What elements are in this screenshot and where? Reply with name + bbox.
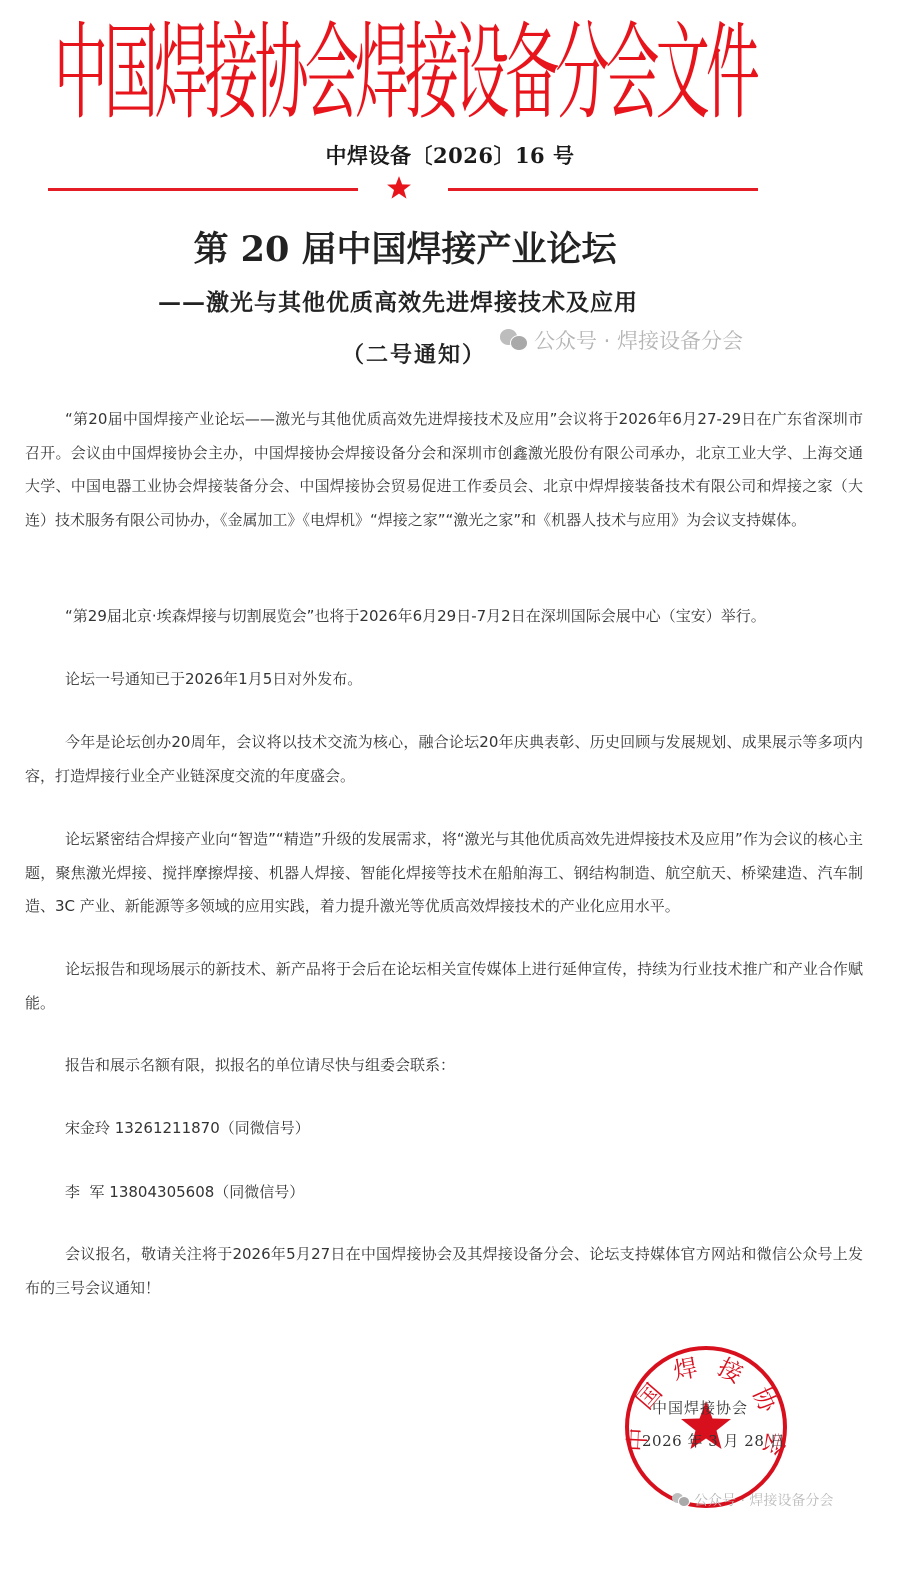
header-char: 协 [255, 21, 305, 126]
paragraph-registration: 会议报名，敬请关注将于2026年5月27日在中国焊接协会及其焊接设备分会、论坛支… [25, 1238, 863, 1305]
watermark-top: 公众号 · 焊接设备分会 [500, 325, 743, 355]
paragraph-intro: “第20届中国焊接产业论坛——激光与其他优质高效先进焊接技术及应用”会议将于20… [25, 403, 863, 537]
header-char: 国 [104, 21, 154, 126]
paragraph-text: “第29届北京·埃森焊接与切割展览会”也将于2026年6月29日-7月2日在深圳… [25, 600, 863, 634]
watermark-text: 公众号 · 焊接设备分会 [534, 325, 743, 355]
red-divider-right [448, 188, 758, 191]
contact-line-2: 李 军 13804305608（同微信号） [25, 1176, 863, 1210]
paragraph-text: 论坛一号通知已于2026年1月5日对外发布。 [25, 663, 863, 697]
page-subtitle: ——激光与其他优质高效先进焊接技术及应用 [158, 284, 638, 317]
document-number: 中焊设备〔2026〕16 号 [0, 140, 916, 170]
official-seal-icon: 中国焊接协会 [622, 1343, 790, 1511]
notice-label: （二号通知） [342, 338, 486, 369]
header-char: 会 [305, 21, 355, 126]
wechat-icon [672, 1493, 690, 1507]
signature-date: 2026 年 3 月 28 日 [642, 1430, 785, 1451]
wechat-icon [500, 329, 528, 351]
header-char: 中 [54, 21, 104, 126]
signature-org: 中国焊接协会 [652, 1397, 748, 1418]
paragraph-exhibition: “第29届北京·埃森焊接与切割展览会”也将于2026年6月29日-7月2日在深圳… [25, 600, 863, 634]
paragraph-text: 今年是论坛创办20周年，会议将以技术交流为核心，融合论坛20年庆典表彰、历史回顾… [25, 726, 863, 793]
contact-text: 宋金玲 13261211870（同微信号） [25, 1112, 863, 1146]
watermark-bottom: 公众号 · 焊接设备分会 [672, 1490, 833, 1510]
header-char: 设 [455, 21, 505, 126]
paragraph-text: “第20届中国焊接产业论坛——激光与其他优质高效先进焊接技术及应用”会议将于20… [25, 403, 863, 537]
document-header-title: 中 国 焊 接 协 会 焊 接 设 备 分 会 文 件 [54, 18, 756, 130]
contact-text: 李 军 13804305608（同微信号） [25, 1176, 863, 1210]
document-number-text: 中焊设备〔2026〕16 号 [326, 140, 575, 170]
header-char: 接 [405, 21, 455, 126]
header-char: 焊 [355, 21, 405, 126]
paragraph-first-notice: 论坛一号通知已于2026年1月5日对外发布。 [25, 663, 863, 697]
header-char: 接 [204, 21, 254, 126]
paragraph-theme: 论坛紧密结合焊接产业向“智造”“精造”升级的发展需求，将“激光与其他优质高效先进… [25, 823, 863, 924]
paragraph-promotion: 论坛报告和现场展示的新技术、新产品将于会后在论坛相关宣传媒体上进行延伸宣传，持续… [25, 953, 863, 1020]
header-char: 备 [505, 21, 555, 126]
contact-line-1: 宋金玲 13261211870（同微信号） [25, 1112, 863, 1146]
header-char: 焊 [154, 21, 204, 126]
watermark-text: 公众号 · 焊接设备分会 [694, 1490, 833, 1510]
page-title: 第 20 届中国焊接产业论坛 [0, 222, 916, 272]
paragraph-contact-intro: 报告和展示名额有限，拟报名的单位请尽快与组委会联系： [25, 1049, 863, 1083]
paragraph-text: 会议报名，敬请关注将于2026年5月27日在中国焊接协会及其焊接设备分会、论坛支… [25, 1238, 863, 1305]
header-char: 文 [656, 21, 706, 126]
header-char: 会 [606, 21, 656, 126]
paragraph-text: 报告和展示名额有限，拟报名的单位请尽快与组委会联系： [25, 1049, 863, 1083]
paragraph-text: 论坛报告和现场展示的新技术、新产品将于会后在论坛相关宣传媒体上进行延伸宣传，持续… [25, 953, 863, 1020]
paragraph-anniversary: 今年是论坛创办20周年，会议将以技术交流为核心，融合论坛20年庆典表彰、历史回顾… [25, 726, 863, 793]
red-divider-left [48, 188, 358, 191]
header-char: 分 [555, 21, 605, 126]
page-title-text: 第 20 届中国焊接产业论坛 [193, 222, 616, 272]
star-icon [386, 175, 412, 201]
paragraph-text: 论坛紧密结合焊接产业向“智造”“精造”升级的发展需求，将“激光与其他优质高效先进… [25, 823, 863, 924]
header-char: 件 [706, 21, 756, 126]
